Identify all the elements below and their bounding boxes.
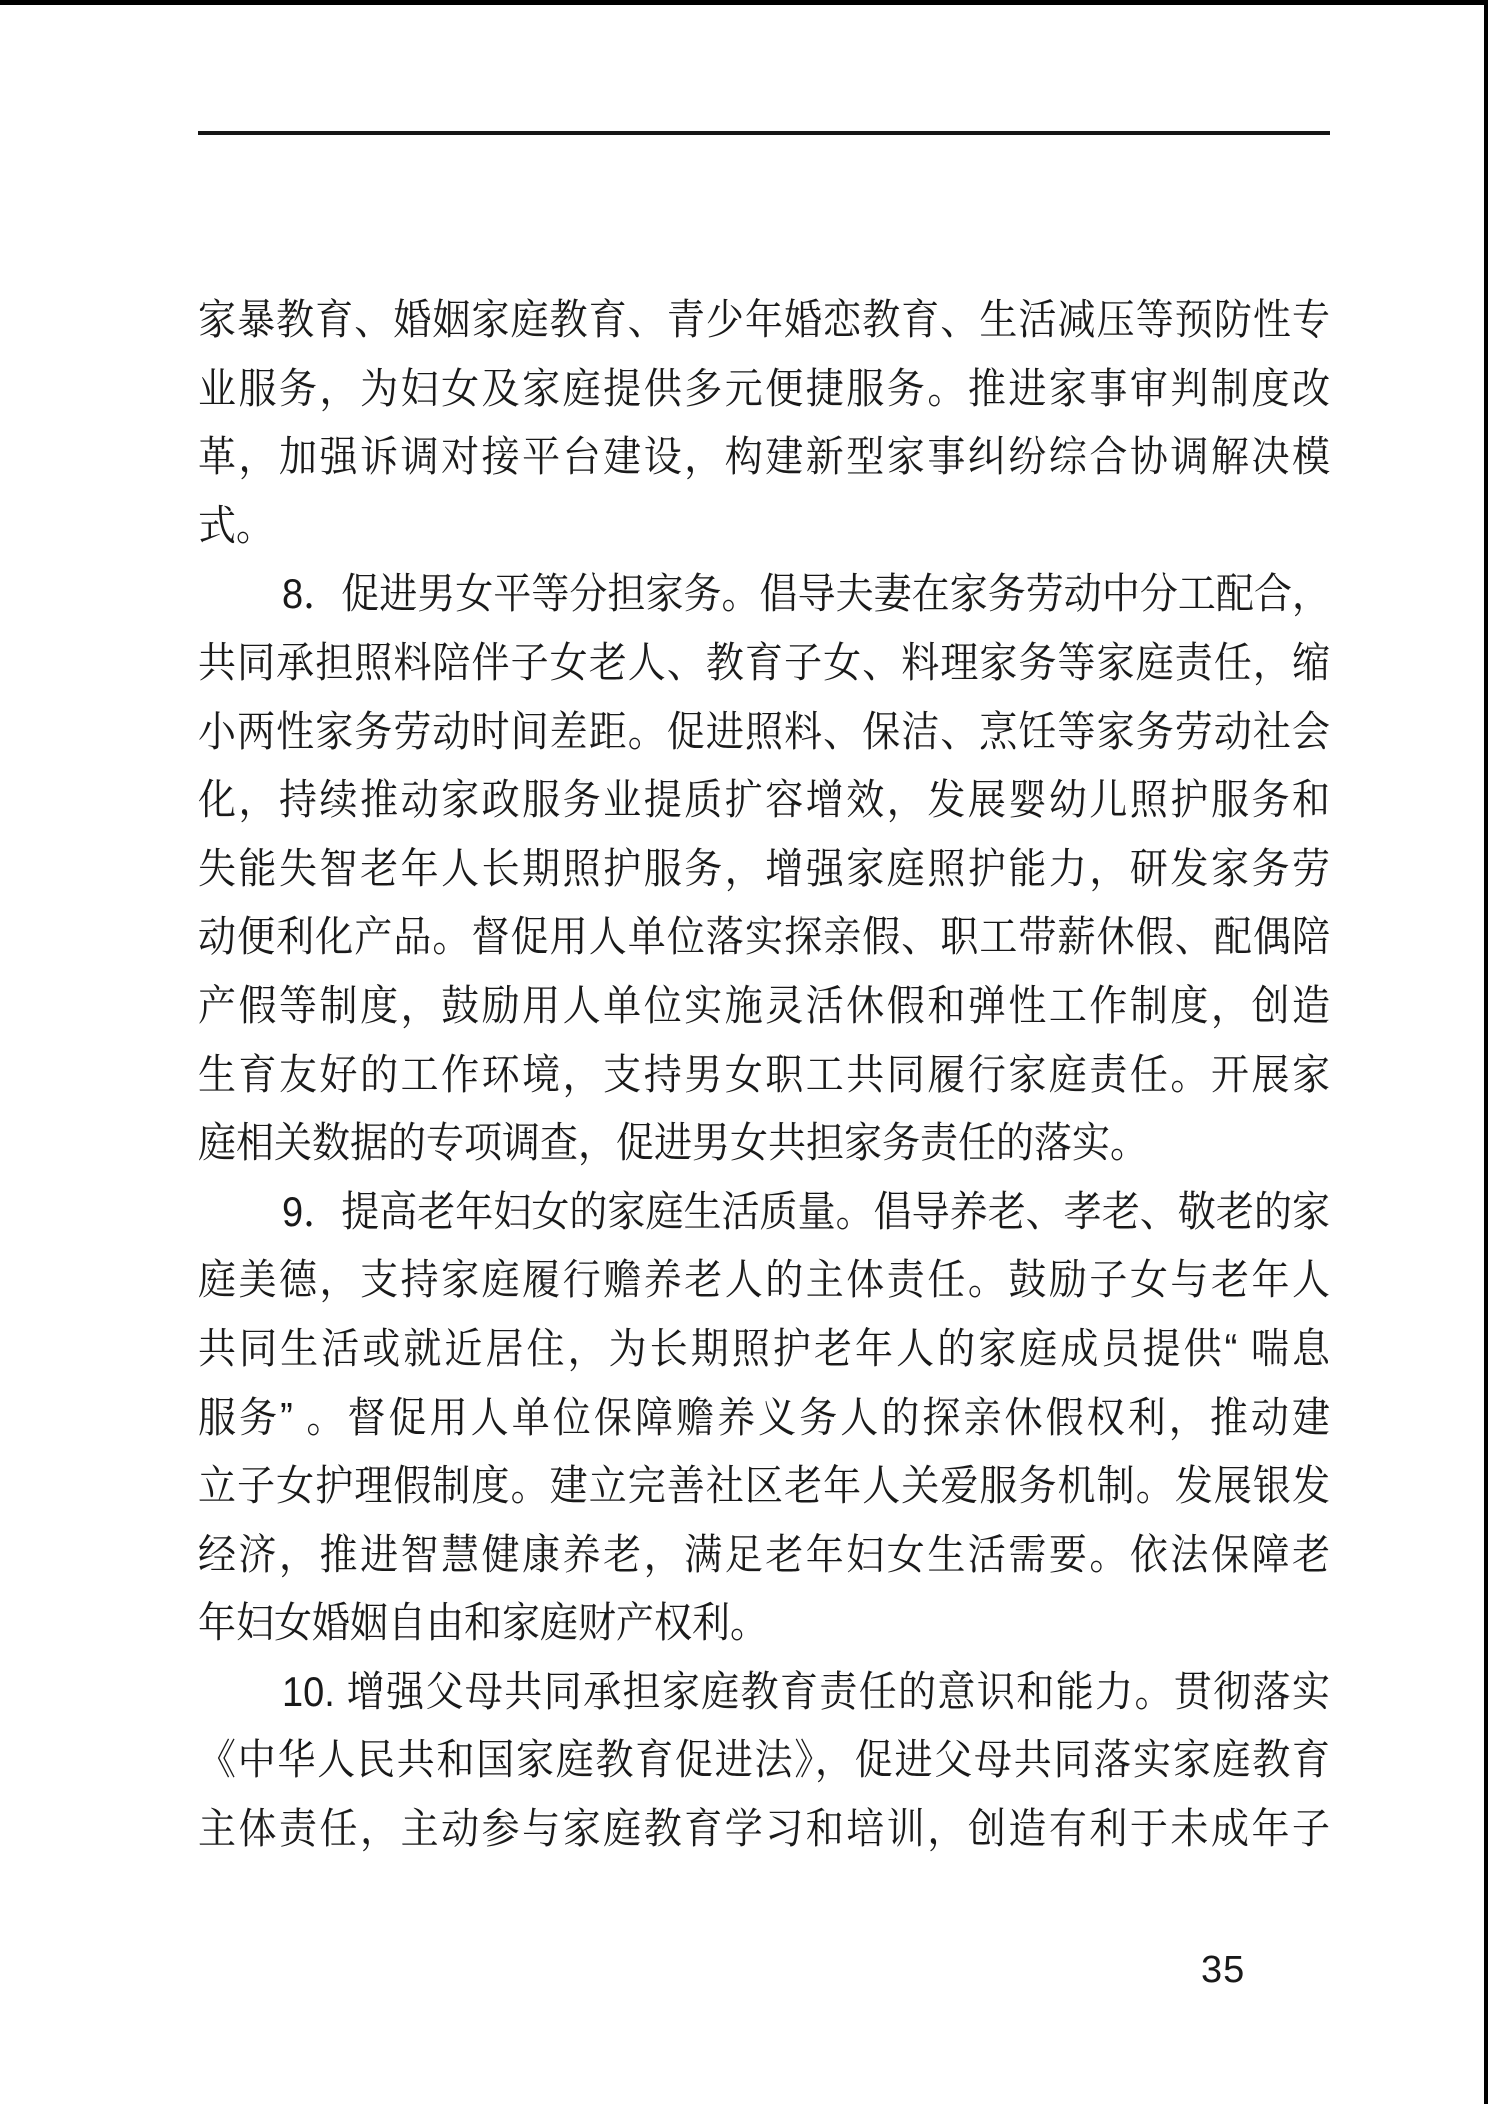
page-number: 35 bbox=[1201, 1949, 1245, 1992]
paragraph: 10. 增强父母共同承担家庭教育责任的意识和能力。贯彻落实《中华人民共和国家庭教… bbox=[198, 1659, 1330, 1865]
text-line: 式。 bbox=[198, 489, 1330, 564]
paragraph: 9．提高老年妇女的家庭生活质量。倡导养老、孝老、敬老的家庭美德，支持家庭履行赡养… bbox=[198, 1179, 1330, 1659]
text-line: 立子女护理假制度。建立完善社区老年人关爱服务机制。发展银发 bbox=[198, 1450, 1330, 1525]
text-line: 主体责任，主动参与家庭教育学习和培训，创造有利于未成年子 bbox=[198, 1793, 1330, 1868]
text-line: 共同承担照料陪伴子女老人、教育子女、料理家务等家庭责任，缩 bbox=[198, 627, 1330, 702]
text-line: 庭美德，支持家庭履行赡养老人的主体责任。鼓励子女与老年人 bbox=[198, 1244, 1330, 1319]
text-line: 革，加强诉调对接平台建设，构建新型家事纠纷综合协调解决模 bbox=[198, 421, 1330, 496]
text-line: 《中华人民共和国家庭教育促进法》，促进父母共同落实家庭教育 bbox=[198, 1724, 1330, 1799]
text-line: 10. 增强父母共同承担家庭教育责任的意识和能力。贯彻落实 bbox=[198, 1655, 1330, 1730]
text-line: 生育友好的工作环境，支持男女职工共同履行家庭责任。开展家 bbox=[198, 1038, 1330, 1113]
text-line: 8．促进男女平等分担家务。倡导夫妻在家务劳动中分工配合， bbox=[198, 558, 1330, 633]
text-line: 年妇女婚姻自由和家庭财产权利。 bbox=[198, 1587, 1330, 1662]
text-line: 9．提高老年妇女的家庭生活质量。倡导养老、孝老、敬老的家 bbox=[198, 1175, 1330, 1250]
text-line: 业服务，为妇女及家庭提供多元便捷服务。推进家事审判制度改 bbox=[198, 352, 1330, 427]
paragraph: 8．促进男女平等分担家务。倡导夫妻在家务劳动中分工配合，共同承担照料陪伴子女老人… bbox=[198, 561, 1330, 1178]
scan-border-right bbox=[1484, 0, 1488, 2104]
header-rule bbox=[198, 131, 1330, 135]
text-line: 家暴教育、婚姻家庭教育、青少年婚恋教育、生活减压等预防性专 bbox=[198, 284, 1330, 359]
paragraph: 家暴教育、婚姻家庭教育、青少年婚恋教育、生活减压等预防性专业服务，为妇女及家庭提… bbox=[198, 287, 1330, 561]
text-line: 经济，推进智慧健康养老，满足老年妇女生活需要。依法保障老 bbox=[198, 1518, 1330, 1593]
text-line: 化，持续推动家政服务业提质扩容增效，发展婴幼儿照护服务和 bbox=[198, 764, 1330, 839]
text-block: 家暴教育、婚姻家庭教育、青少年婚恋教育、生活减压等预防性专业服务，为妇女及家庭提… bbox=[198, 287, 1330, 1865]
text-line: 失能失智老年人长期照护服务，增强家庭照护能力，研发家务劳 bbox=[198, 832, 1330, 907]
document-page: 家暴教育、婚姻家庭教育、青少年婚恋教育、生活减压等预防性专业服务，为妇女及家庭提… bbox=[0, 0, 1488, 2104]
text-line: 庭相关数据的专项调查，促进男女共担家务责任的落实。 bbox=[198, 1107, 1330, 1182]
text-line: 共同生活或就近居住，为长期照护老年人的家庭成员提供“ 喘息 bbox=[198, 1312, 1330, 1387]
text-line: 服务” 。督促用人单位保障赡养义务人的探亲休假权利，推动建 bbox=[198, 1381, 1330, 1456]
text-line: 动便利化产品。督促用人单位落实探亲假、职工带薪休假、配偶陪 bbox=[198, 901, 1330, 976]
text-line: 小两性家务劳动时间差距。促进照料、保洁、烹饪等家务劳动社会 bbox=[198, 695, 1330, 770]
scan-border-top bbox=[0, 0, 1488, 5]
text-line: 产假等制度，鼓励用人单位实施灵活休假和弹性工作制度，创造 bbox=[198, 970, 1330, 1045]
